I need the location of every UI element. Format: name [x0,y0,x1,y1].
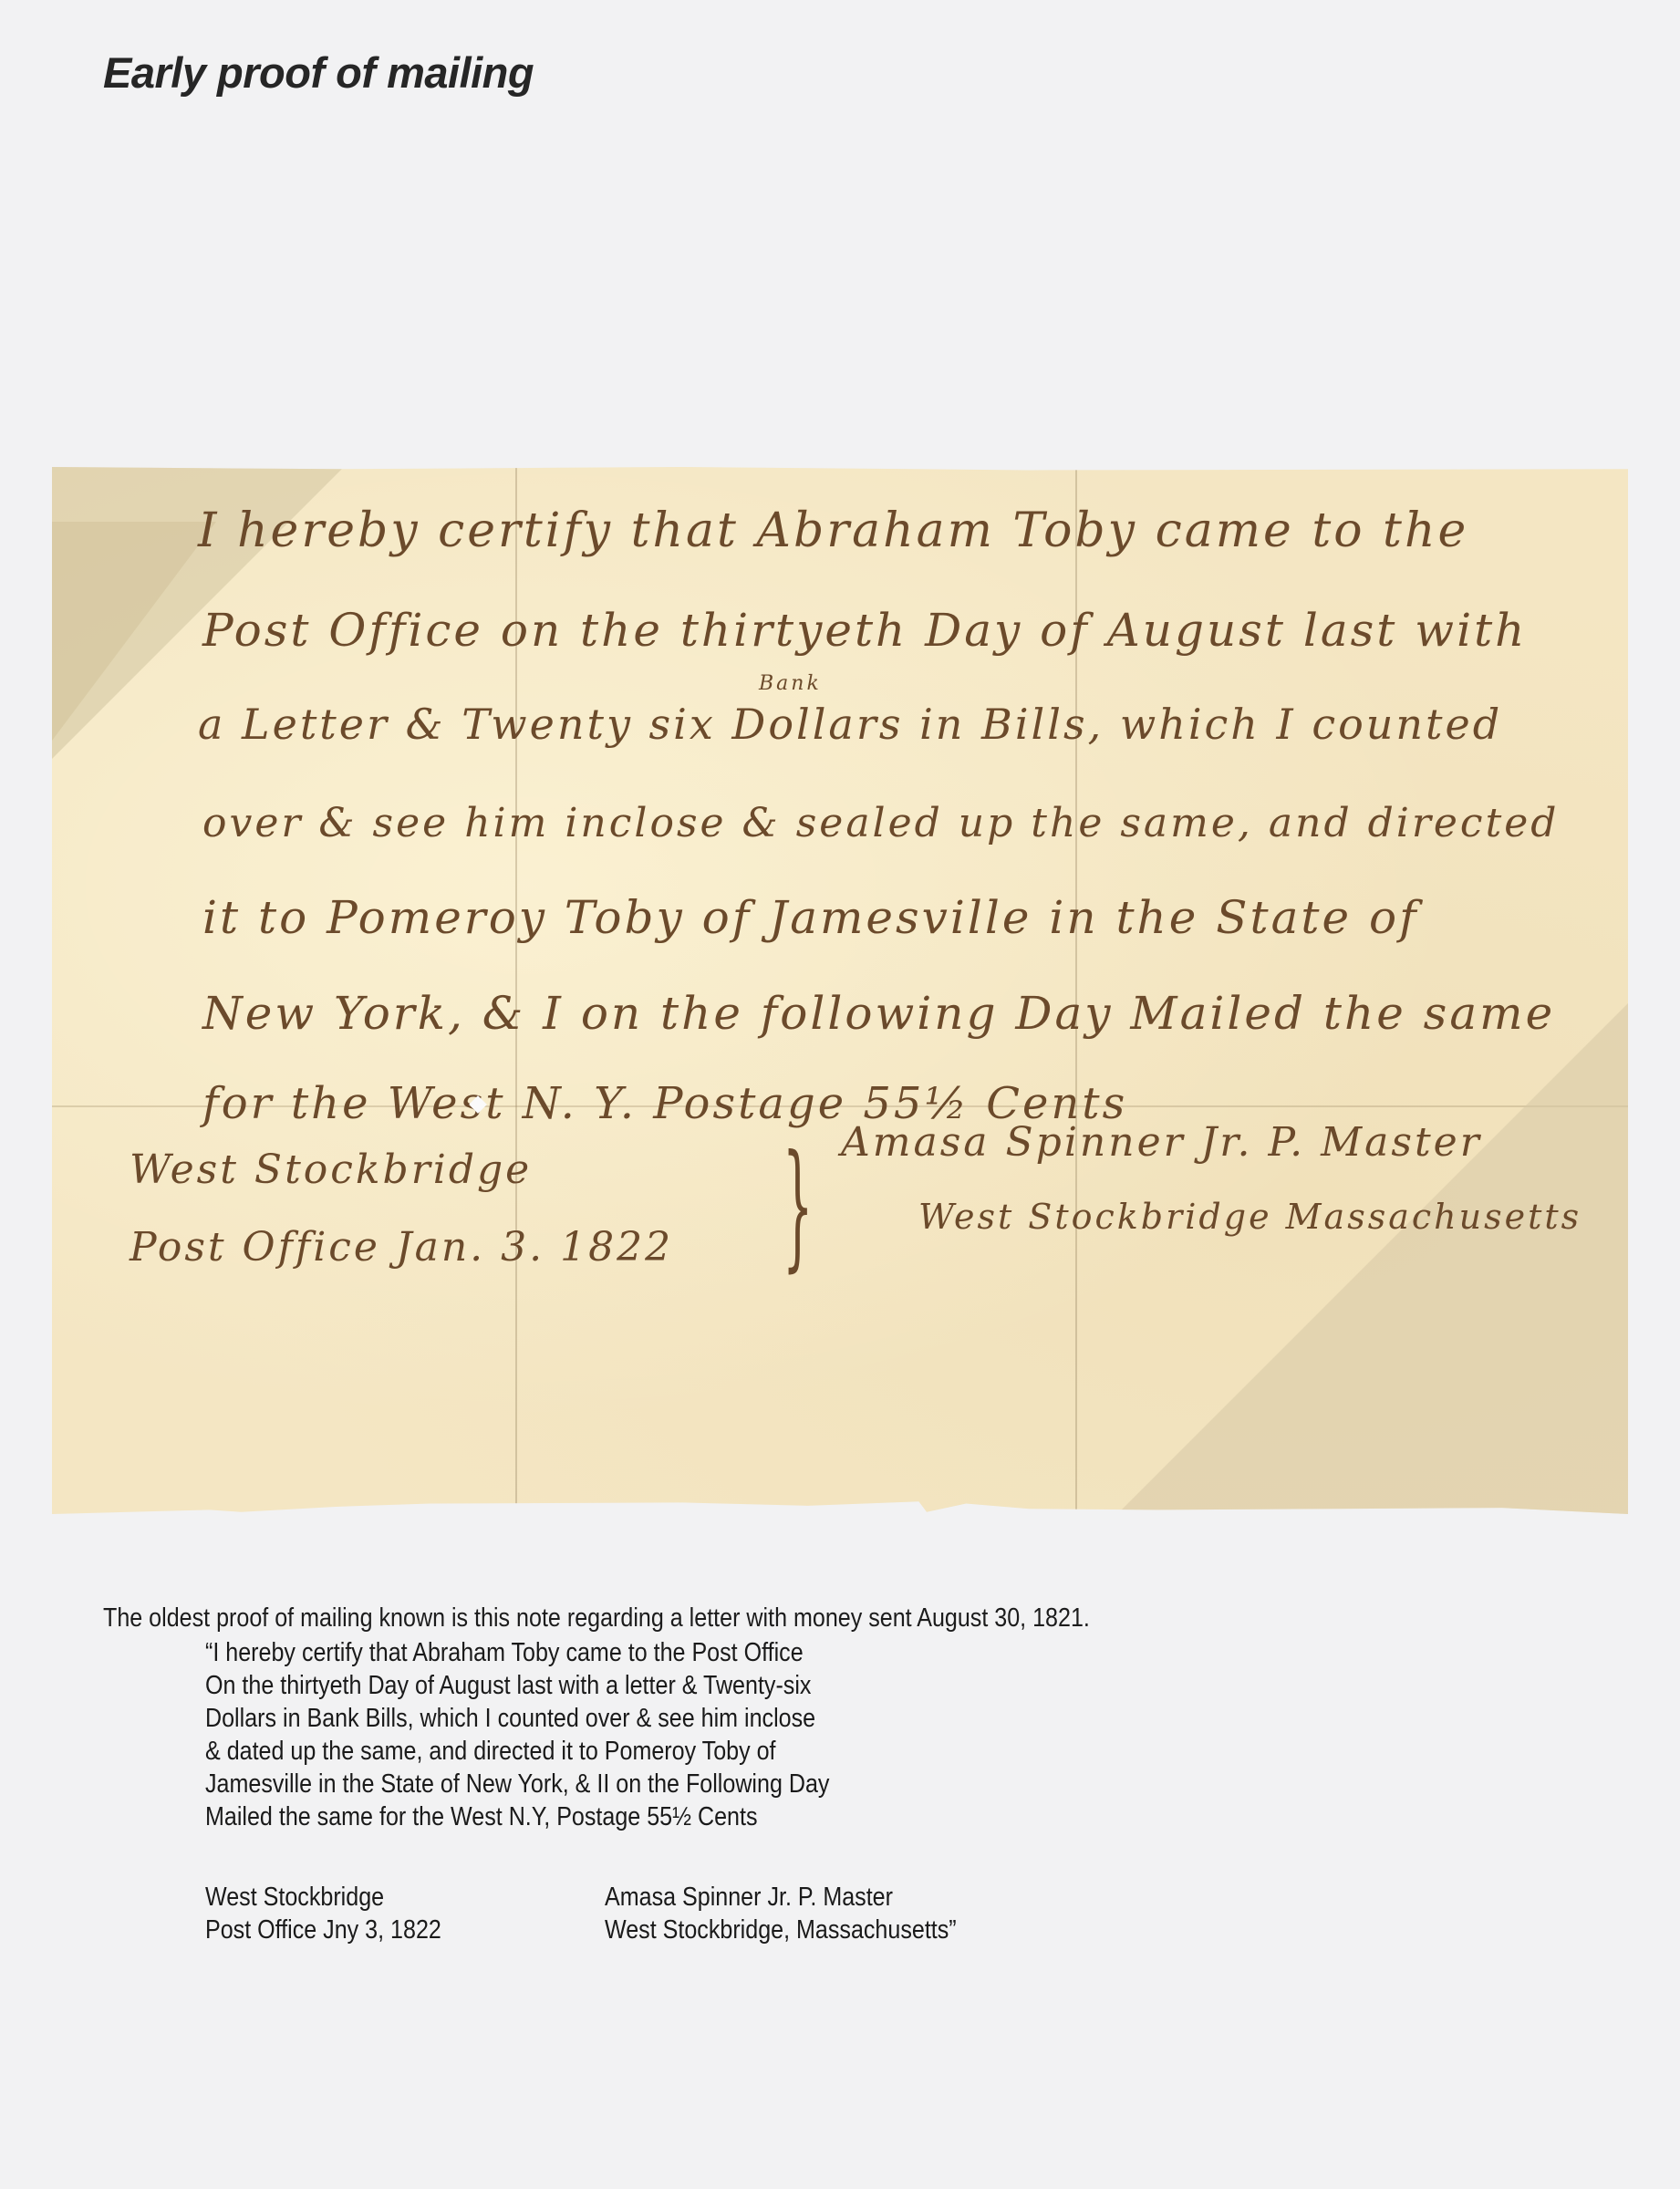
manuscript-line-6: New York, & I on the following Day Maile… [202,987,1555,1040]
mount-corner-bottom-right [1117,1003,1628,1514]
transcription-intro: The oldest proof of mailing known is thi… [103,1602,1090,1634]
quote-line: Jamesville in the State of New York, & I… [205,1768,829,1800]
brace-mark: } [783,1137,813,1274]
signatory-name: Amasa Spinner Jr. P. Master [605,1881,957,1914]
manuscript-line-4: over & see him inclose & sealed up the s… [202,800,1559,846]
manuscript-line-3: a Letter & Twenty six Dollars in Bills, … [198,700,1502,749]
quote-line: “I hereby certify that Abraham Toby came… [205,1636,829,1669]
manuscript-line-5: it to Pomeroy Toby of Jamesville in the … [202,891,1419,944]
manuscript-signature-name: Amasa Spinner Jr. P. Master [841,1119,1482,1166]
quote-line: Dollars in Bank Bills, which I counted o… [205,1702,829,1735]
manuscript-post-office-line-2: Post Office Jan. 3. 1822 [130,1224,673,1271]
manuscript-insertion: Bank [759,672,822,695]
transcription-post-office-block: West Stockbridge Post Office Jny 3, 1822 [205,1881,441,1946]
manuscript-signature-place: West Stockbridge Massachusetts [918,1197,1581,1237]
post-office-date: Post Office Jny 3, 1822 [205,1914,441,1946]
manuscript-document: I hereby certify that Abraham Toby came … [52,467,1628,1514]
quote-line: & dated up the same, and directed it to … [205,1735,829,1768]
quote-line: On the thirtyeth Day of August last with… [205,1669,829,1702]
page-title: Early proof of mailing [103,47,534,98]
transcription-quote: “I hereby certify that Abraham Toby came… [205,1636,829,1833]
manuscript-line-1: I hereby certify that Abraham Toby came … [198,503,1468,558]
quote-line: Mailed the same for the West N.Y, Postag… [205,1800,829,1833]
signatory-location: West Stockbridge, Massachusetts” [605,1914,957,1946]
transcription-signature-block: Amasa Spinner Jr. P. Master West Stockbr… [605,1881,957,1946]
mount-corner-top-left-inner [52,522,216,741]
post-office-town: West Stockbridge [205,1881,441,1914]
manuscript-post-office-line-1: West Stockbridge [130,1146,532,1193]
manuscript-line-2: Post Office on the thirtyeth Day of Augu… [202,604,1527,657]
